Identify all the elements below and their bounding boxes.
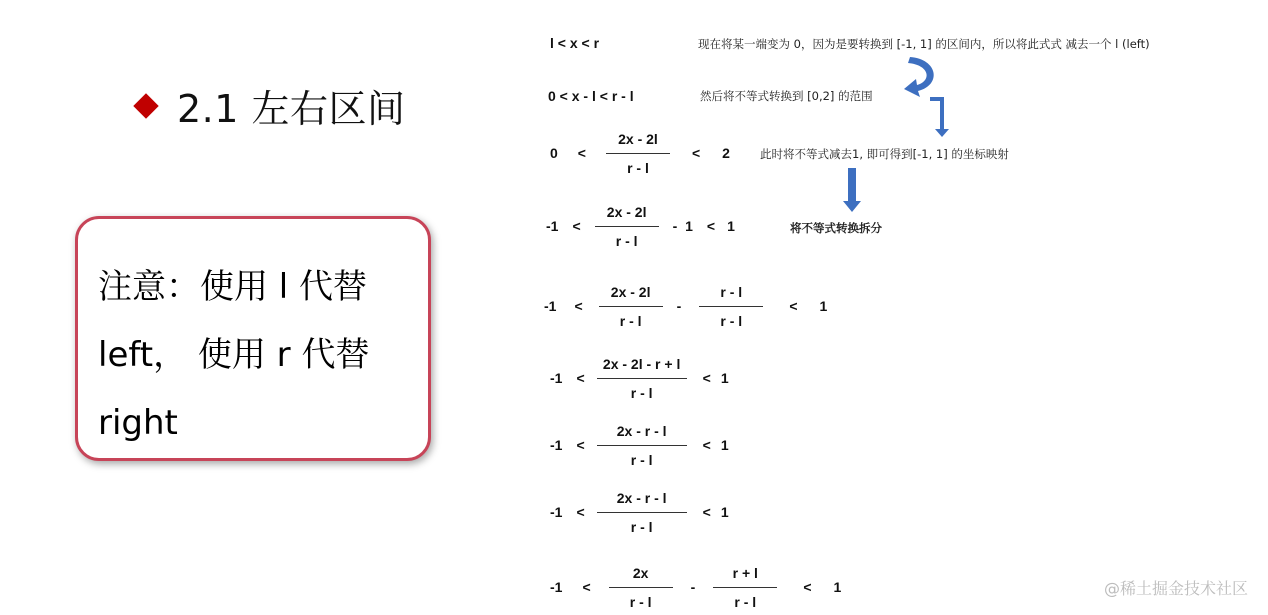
denominator: r - l	[631, 513, 653, 535]
rhs: 1	[721, 437, 729, 453]
step-3-note: 此时将不等式减去1, 即可得到[-1, 1] 的坐标映射	[760, 146, 1009, 162]
slide-title-group: 2.1 左右区间	[133, 78, 406, 133]
lhs: 0	[550, 145, 558, 161]
minus: -	[677, 298, 682, 314]
rhs: 1	[727, 218, 735, 234]
fraction: 2x - 2l r - l	[606, 131, 670, 176]
step-4-note: 将不等式转换拆分	[790, 220, 882, 236]
note-line: 注意：使用 l 代替	[98, 253, 418, 321]
fraction: 2x - 2l r - l	[599, 284, 663, 329]
derivation-step-6: -1 < 2x - 2l - r + l r - l < 1	[550, 353, 729, 403]
numerator: r + l	[733, 565, 758, 587]
math-expression: l < x < r	[550, 35, 599, 51]
fraction: r - l r - l	[699, 284, 763, 329]
lhs: -1	[550, 504, 562, 520]
denominator: r - l	[630, 588, 652, 610]
numerator: 2x - 2l	[611, 284, 651, 306]
derivation-step-3: 0 < 2x - 2l r - l < 2	[550, 128, 730, 178]
denominator: r - l	[620, 307, 642, 329]
fraction: 2x - r - l r - l	[597, 490, 687, 535]
less-than: <	[707, 218, 715, 234]
denominator: r - l	[627, 154, 649, 176]
rhs: 1	[721, 370, 729, 386]
diamond-bullet-icon	[133, 93, 158, 118]
lhs: -1	[550, 579, 562, 595]
step-1-note: 现在将某一端变为 0，因为是要转换到 [-1, 1] 的区间内，所以将此式式 减…	[698, 36, 1150, 52]
denominator: r - l	[631, 446, 653, 468]
derivation-step-9: -1 < 2x r - l - r + l r - l < 1	[550, 562, 841, 612]
denominator: r - l	[616, 227, 638, 249]
numerator: 2x - 2l	[607, 204, 647, 226]
numerator: 2x - r - l	[617, 423, 667, 445]
less-than: <	[703, 437, 711, 453]
less-than: <	[576, 370, 584, 386]
lhs: -1	[546, 218, 558, 234]
derivation-step-1: l < x < r	[550, 35, 599, 51]
less-than: <	[572, 218, 580, 234]
less-than: <	[582, 579, 590, 595]
derivation-step-5: -1 < 2x - 2l r - l - r - l r - l < 1	[544, 281, 827, 331]
rhs: 2	[722, 145, 730, 161]
slide-title: 2.1 左右区间	[177, 78, 406, 133]
watermark: @稀土掘金技术社区	[1104, 576, 1248, 599]
minus-one: - 1	[673, 218, 693, 234]
lhs: -1	[544, 298, 556, 314]
numerator: 2x - 2l	[618, 131, 658, 153]
numerator: r - l	[720, 284, 742, 306]
less-than: <	[576, 504, 584, 520]
derivation-step-8: -1 < 2x - r - l r - l < 1	[550, 487, 729, 537]
less-than: <	[578, 145, 586, 161]
note-line: left， 使用 r 代替	[98, 321, 418, 389]
lhs: -1	[550, 370, 562, 386]
lhs: -1	[550, 437, 562, 453]
note-callout-text: 注意：使用 l 代替 left， 使用 r 代替 right	[98, 253, 418, 457]
numerator: 2x - r - l	[617, 490, 667, 512]
fraction: 2x - r - l r - l	[597, 423, 687, 468]
less-than: <	[789, 298, 797, 314]
less-than: <	[803, 579, 811, 595]
denominator: r - l	[720, 307, 742, 329]
less-than: <	[703, 504, 711, 520]
less-than: <	[574, 298, 582, 314]
denominator: r - l	[734, 588, 756, 610]
less-than: <	[703, 370, 711, 386]
numerator: 2x - 2l - r + l	[603, 356, 680, 378]
rhs: 1	[721, 504, 729, 520]
note-callout-box: 注意：使用 l 代替 left， 使用 r 代替 right	[75, 216, 431, 461]
elbow-down-arrow-icon	[928, 95, 958, 145]
derivation-step-2: 0 < x - l < r - l	[548, 88, 634, 104]
minus: -	[691, 579, 696, 595]
denominator: r - l	[631, 379, 653, 401]
derivation-step-4: -1 < 2x - 2l r - l - 1 < 1	[546, 201, 735, 251]
math-expression: 0 < x - l < r - l	[548, 88, 634, 104]
fraction: r + l r - l	[713, 565, 777, 610]
fraction: 2x r - l	[609, 565, 673, 610]
less-than: <	[576, 437, 584, 453]
note-line: right	[98, 389, 418, 457]
numerator: 2x	[633, 565, 649, 587]
fraction: 2x - 2l r - l	[595, 204, 659, 249]
derivation-step-7: -1 < 2x - r - l r - l < 1	[550, 420, 729, 470]
rhs: 1	[820, 298, 828, 314]
down-arrow-icon	[842, 168, 862, 216]
rhs: 1	[834, 579, 842, 595]
fraction: 2x - 2l - r + l r - l	[597, 356, 687, 401]
step-2-note: 然后将不等式转换到 [0,2] 的范围	[700, 88, 873, 104]
less-than: <	[692, 145, 700, 161]
